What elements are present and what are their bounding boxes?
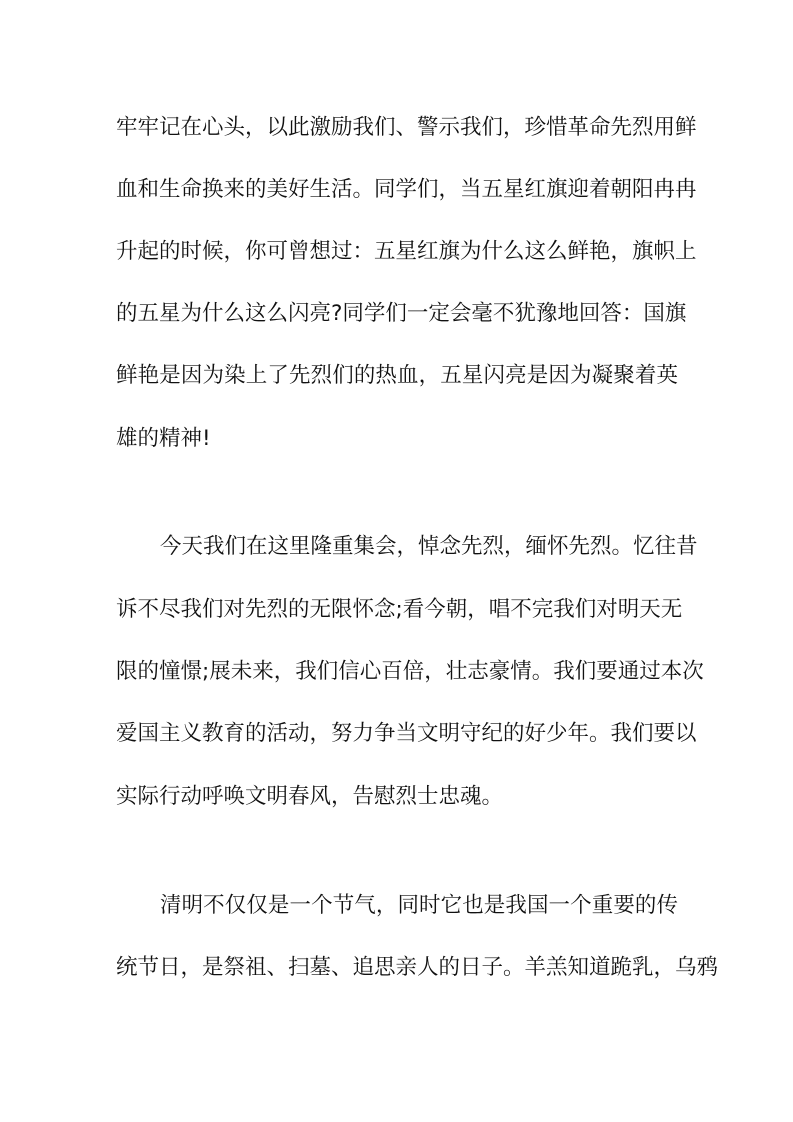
paragraph-1-line-1: 牢牢记在心头，以此激励我们、警示我们，珍惜革命先烈用鲜 — [116, 113, 678, 143]
paragraph-2-line-2: 诉不尽我们对先烈的无限怀念;看今朝，唱不完我们对明天无 — [116, 595, 678, 625]
paragraph-1-line-2: 血和生命换来的美好生活。同学们，当五星红旗迎着朝阳冉冉 — [116, 175, 678, 205]
paragraph-1-line-5: 鲜艳是因为染上了先烈们的热血，五星闪亮是因为凝聚着英 — [116, 361, 678, 391]
paragraph-3-line-1: 清明不仅仅是一个节气，同时它也是我国一个重要的传 — [160, 891, 678, 921]
paragraph-2-line-3: 限的憧憬;展未来，我们信心百倍，壮志豪情。我们要通过本次 — [116, 657, 678, 687]
paragraph-1-line-6: 雄的精神! — [116, 424, 678, 454]
paragraph-2-line-4: 爱国主义教育的活动，努力争当文明守纪的好少年。我们要以 — [116, 719, 678, 749]
document-page: 牢牢记在心头，以此激励我们、警示我们，珍惜革命先烈用鲜 血和生命换来的美好生活。… — [0, 0, 793, 1122]
paragraph-2-line-1: 今天我们在这里隆重集会，悼念先烈，缅怀先烈。忆往昔 — [160, 532, 678, 562]
paragraph-3-line-2: 统节日，是祭祖、扫墓、追思亲人的日子。羊羔知道跪乳，乌鸦 — [116, 953, 678, 983]
paragraph-1-line-4: 的五星为什么这么闪亮?同学们一定会毫不犹豫地回答：国旗 — [116, 299, 678, 329]
paragraph-2-line-5: 实际行动呼唤文明春风，告慰烈士忠魂。 — [116, 782, 678, 812]
paragraph-1-line-3: 升起的时候，你可曾想过：五星红旗为什么这么鲜艳，旗帜上 — [116, 237, 678, 267]
